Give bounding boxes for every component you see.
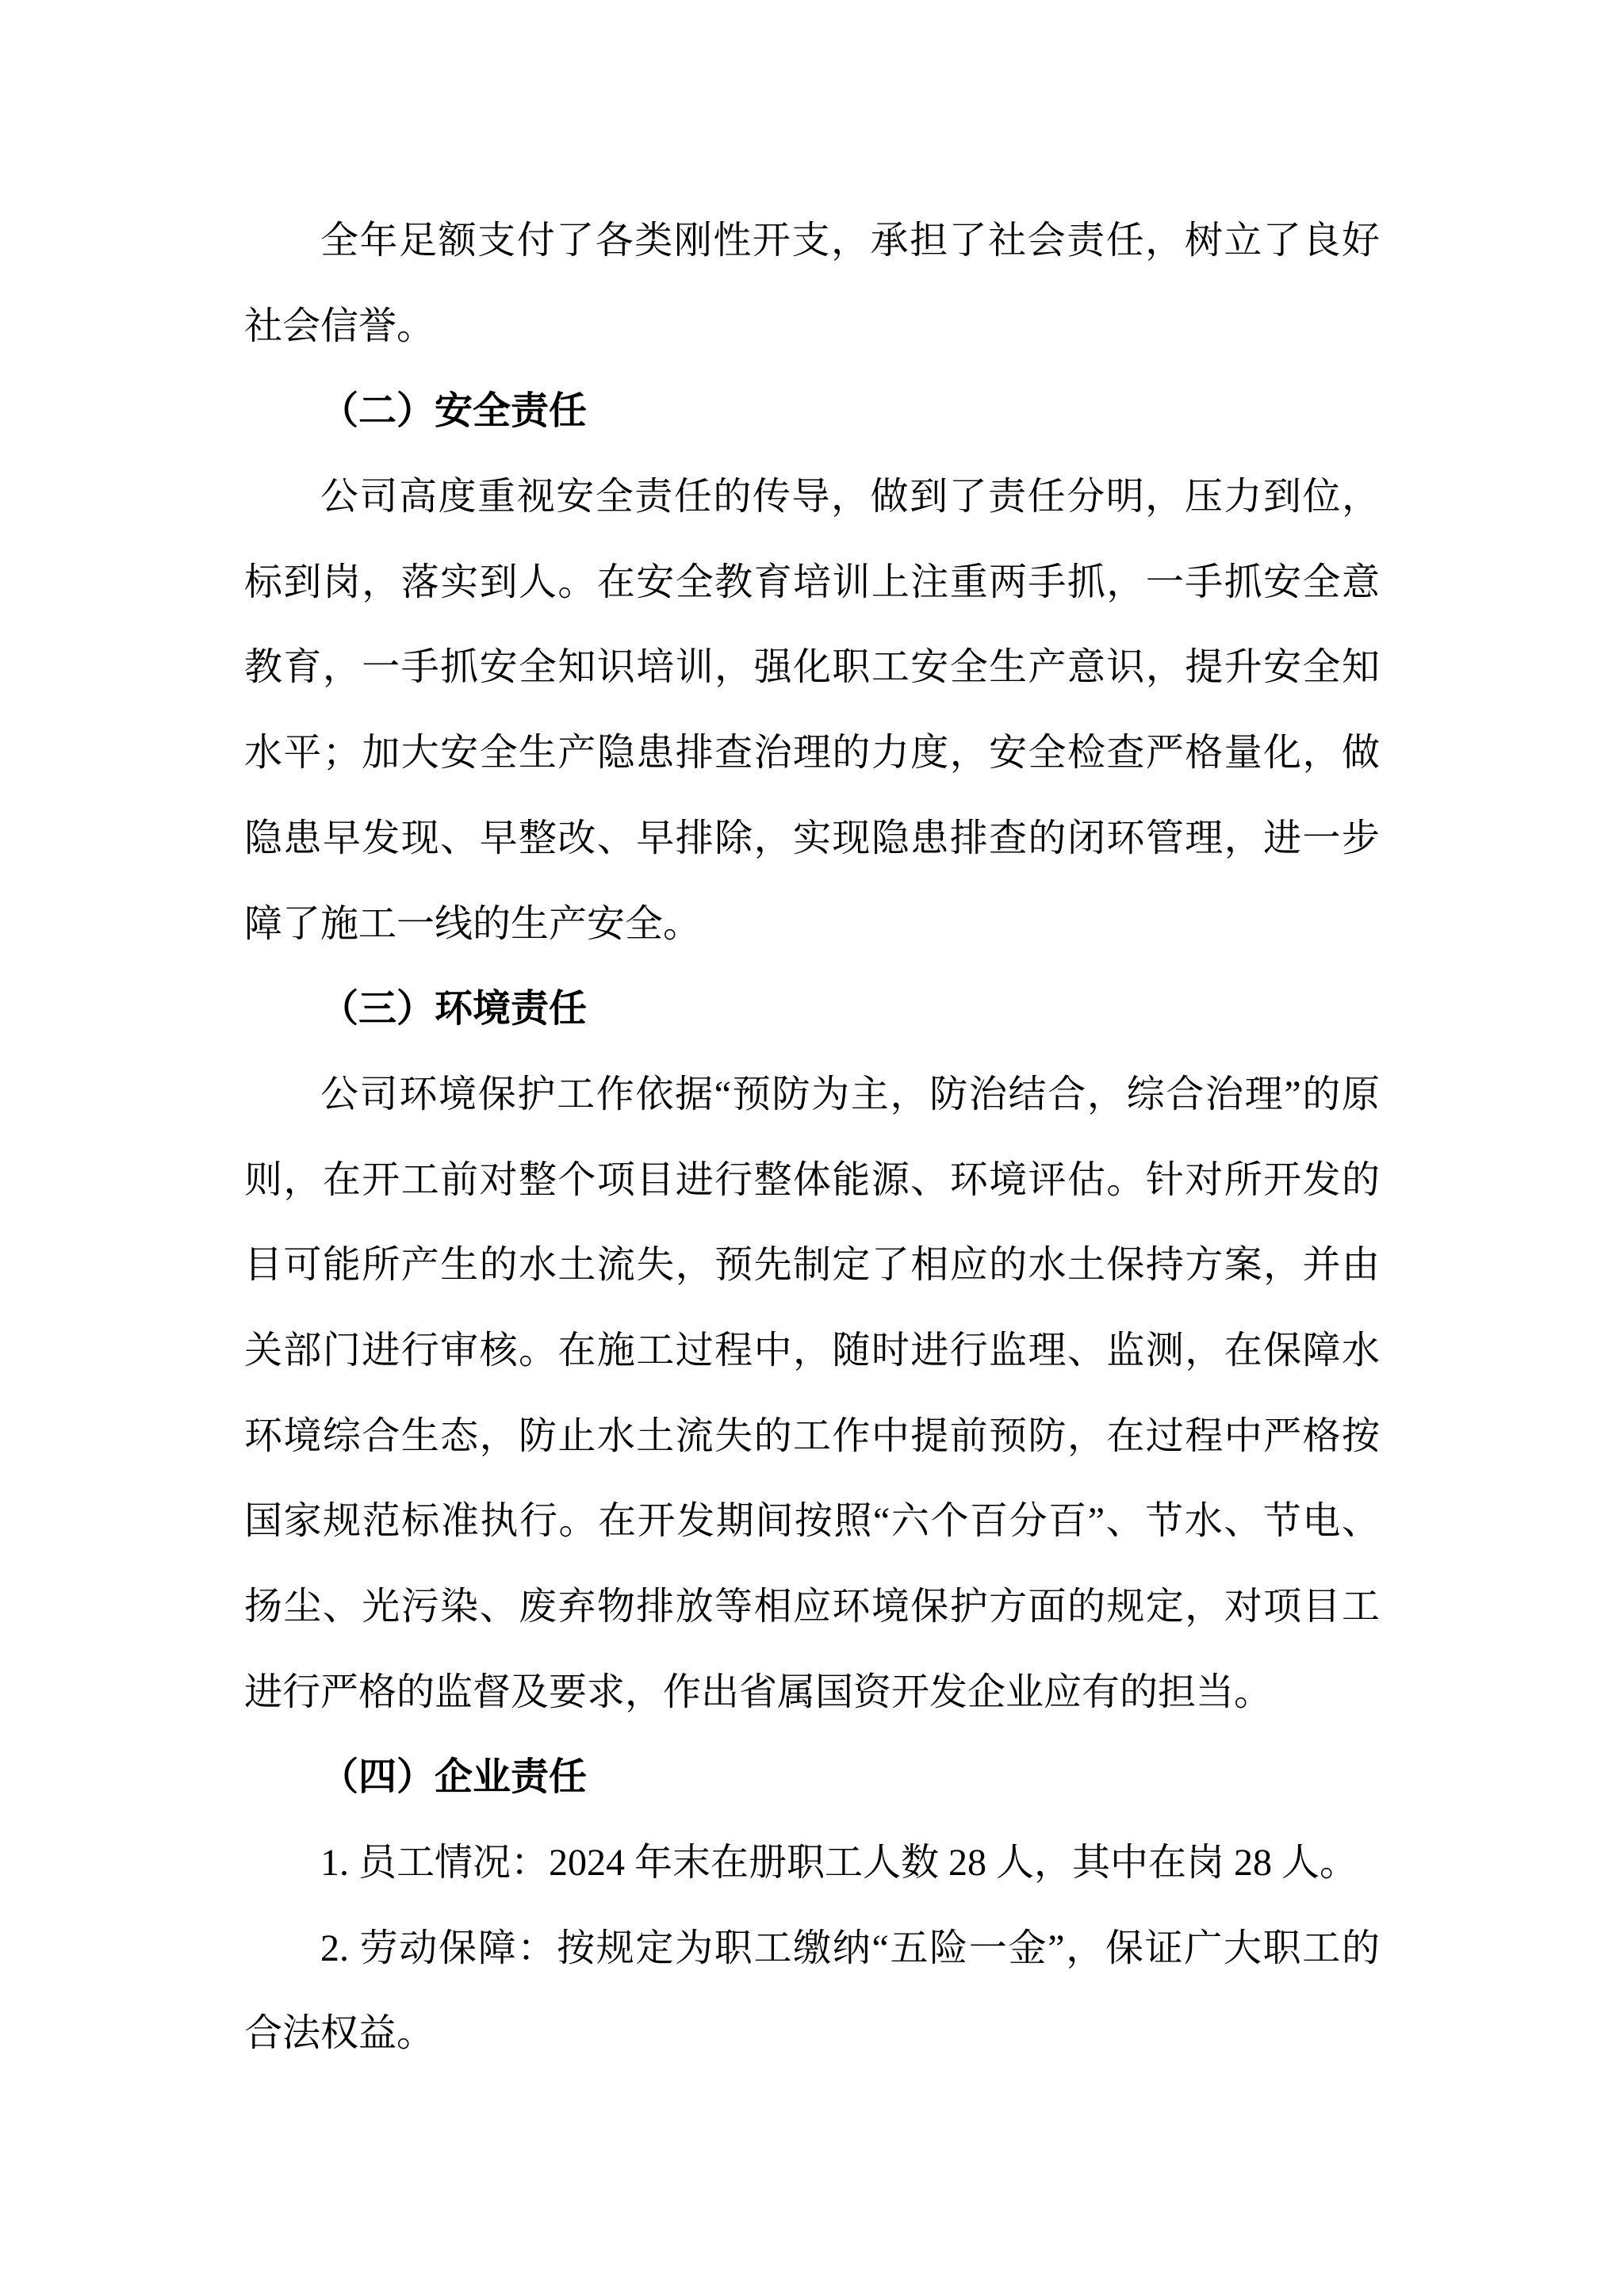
document-text-body: 全年足额支付了各类刚性开支，承担了社会责任，树立了良好的社会信誉。（二）安全责任… [244, 198, 1380, 2076]
paragraph-text-line: 扬尘、光污染、废弃物排放等相应环境保护方面的规定，对项目工地 [244, 1564, 1380, 1650]
section-heading-line: （四）企业责任 [244, 1735, 1380, 1820]
document-page: 全年足额支付了各类刚性开支，承担了社会责任，树立了良好的社会信誉。（二）安全责任… [0, 0, 1624, 2296]
paragraph-text-line: 全年足额支付了各类刚性开支，承担了社会责任，树立了良好的 [244, 198, 1380, 284]
paragraph-text-line: 合法权益。 [244, 1991, 1380, 2076]
paragraph-text-line: 水平；加大安全生产隐患排查治理的力度，安全检查严格量化，做到 [244, 710, 1380, 796]
paragraph-text-line: 教育，一手抓安全知识培训，强化职工安全生产意识，提升安全知识 [244, 625, 1380, 710]
paragraph-text-line: 2. 劳动保障：按规定为职工缴纳“五险一金”，保证广大职工的 [244, 1906, 1380, 1992]
paragraph-text-line: 国家规范标准执行。在开发期间按照“六个百分百”、节水、节电、 [244, 1479, 1380, 1564]
paragraph-text-line: 1. 员工情况：2024 年末在册职工人数 28 人，其中在岗 28 人。 [244, 1820, 1380, 1906]
paragraph-text-line: 标到岗，落实到人。在安全教育培训上注重两手抓，一手抓安全意识 [244, 540, 1380, 626]
paragraph-text-line: 公司高度重视安全责任的传导，做到了责任分明，压力到位，指 [244, 454, 1380, 540]
paragraph-text-line: 则，在开工前对整个项目进行整体能源、环境评估。针对所开发的项 [244, 1138, 1380, 1223]
paragraph-text-line: 进行严格的监督及要求，作出省属国资开发企业应有的担当。 [244, 1650, 1380, 1735]
paragraph-text-line: 隐患早发现、早整改、早排除，实现隐患排查的闭环管理，进一步保 [244, 796, 1380, 882]
section-heading-line: （二）安全责任 [244, 369, 1380, 454]
paragraph-text-line: 关部门进行审核。在施工过程中，随时进行监理、监测，在保障水土 [244, 1308, 1380, 1394]
paragraph-text-line: 公司环境保护工作依据“预防为主，防治结合，综合治理”的原 [244, 1052, 1380, 1138]
paragraph-text-line: 环境综合生态，防止水土流失的工作中提前预防，在过程中严格按照 [244, 1394, 1380, 1479]
paragraph-text-line: 障了施工一线的生产安全。 [244, 882, 1380, 967]
paragraph-text-line: 社会信誉。 [244, 284, 1380, 369]
paragraph-text-line: 目可能所产生的水土流失，预先制定了相应的水土保持方案，并由相 [244, 1223, 1380, 1308]
section-heading-line: （三）环境责任 [244, 966, 1380, 1052]
